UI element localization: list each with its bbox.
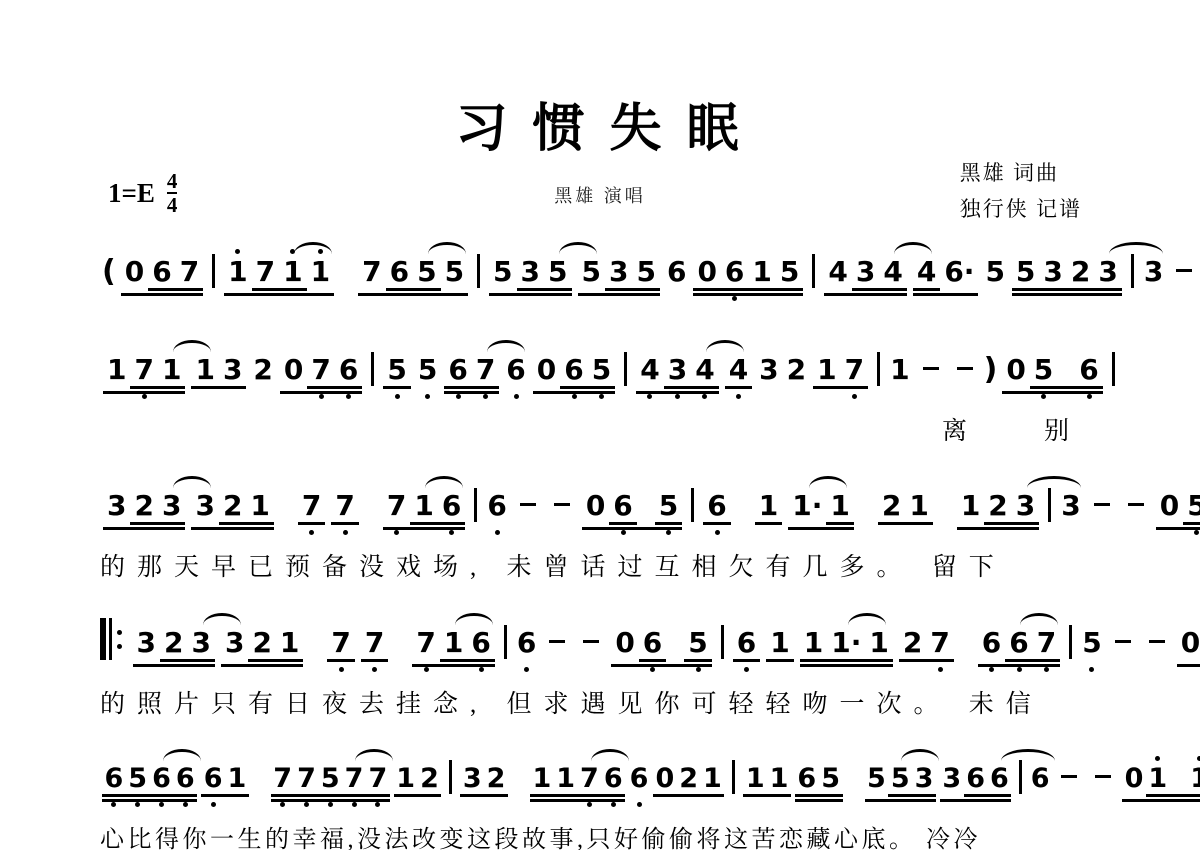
octave-dot-low (495, 530, 500, 535)
slur-arc (163, 749, 201, 761)
beam-group: 7 (327, 629, 354, 662)
note: 3 (158, 492, 185, 520)
beam-subgroup: 71 (252, 258, 307, 291)
note: 1 (755, 492, 782, 520)
beam-group: 17 (813, 356, 868, 389)
beam-subgroup: 76 (307, 356, 362, 389)
note: 6 (1005, 629, 1032, 657)
note: 5 (1183, 492, 1200, 520)
octave-dot-high (235, 249, 240, 254)
note: 6 (438, 492, 465, 520)
note: 4 (636, 356, 663, 384)
note: 6 (988, 765, 1012, 792)
beam-subgroup: 11·1 (800, 629, 893, 662)
slur-arc (487, 340, 525, 352)
octave-dot-low (989, 667, 994, 672)
dash-note (554, 503, 570, 507)
dash-note (1061, 775, 1077, 779)
beam-group: 4 (725, 356, 752, 389)
note: 1 (191, 356, 218, 384)
music-system: 17113207655676065434432171)056离 别 (100, 352, 1140, 447)
octave-dot-low (621, 530, 626, 535)
dash-note (1115, 640, 1131, 644)
beam-subgroup: 16 (410, 492, 465, 525)
note: 7 (472, 356, 499, 384)
slur-arc (173, 340, 211, 352)
note: 5 (413, 258, 440, 286)
beam-group: 434 (824, 258, 906, 296)
note: 1 (886, 356, 913, 384)
beam-subgroup: 5 (684, 629, 711, 662)
music-system: 323321777166065611·1211233056的那天早已预备没戏场,… (100, 488, 1140, 583)
parenthesis: ( (100, 254, 118, 289)
note: 2 (160, 629, 187, 657)
note: 6 (601, 765, 625, 792)
note: 2 (878, 492, 905, 520)
slur-arc (809, 476, 847, 488)
beam-group: 7655 (358, 258, 468, 296)
beam-subgroup: 53 (888, 765, 936, 797)
barline (877, 352, 880, 386)
beam-group: 5 (383, 356, 410, 389)
note: 1 (1146, 765, 1170, 792)
beam-subgroup: 23 (130, 492, 185, 525)
notes-line: 3233217771660656111·1276675035 (100, 618, 1140, 667)
octave-dot-low (1041, 394, 1046, 399)
octave-dot-low (425, 394, 430, 399)
music-system: (067171176555355356061543446·553233032 (100, 254, 1140, 296)
beam-subgroup: 35 (605, 258, 660, 291)
beam-subgroup: 71 (130, 356, 185, 389)
note: 1 (748, 258, 775, 286)
octave-dot-low (339, 667, 344, 672)
beam-group: 011 (1122, 765, 1200, 802)
barline (504, 625, 507, 659)
barline (691, 488, 694, 522)
beam-group: 7 (361, 629, 388, 662)
note: 1 (276, 629, 303, 657)
beam-subgroup: 65 (560, 356, 615, 389)
meter-numerator: 4 (167, 170, 178, 192)
note: 6 (609, 492, 636, 520)
slur-arc (901, 749, 939, 761)
barline (449, 760, 452, 794)
barline (474, 488, 477, 522)
slur-arc (173, 476, 211, 488)
song-title: 习 惯 失 眠 (0, 86, 1200, 161)
notes-line: (067171176555355356061543446·553233032 (100, 254, 1140, 296)
beam-group: 11·1 (800, 629, 893, 667)
octave-dot-low (456, 394, 461, 399)
barline (212, 254, 215, 288)
note: 7 (412, 629, 439, 657)
beam-group: 065 (533, 356, 615, 394)
note: 1 (554, 765, 578, 792)
beam-group: 1·1 (788, 492, 854, 530)
octave-dot-low (514, 394, 519, 399)
octave-dot-low (479, 667, 484, 672)
time-signature: 4 4 (167, 170, 178, 216)
octave-dot-low (309, 530, 314, 535)
octave-dot-low (343, 530, 348, 535)
octave-dot-low (1087, 394, 1092, 399)
beam-group: 12 (394, 765, 442, 797)
slur-arc (848, 613, 886, 625)
beam-subgroup: 56 (1183, 492, 1200, 525)
note: 2 (219, 492, 246, 520)
meter-denominator: 4 (167, 192, 178, 216)
music-system: 3233217771660656111·1276675035的照片只有日夜去挂念… (100, 618, 1140, 720)
note: 5 (865, 765, 889, 792)
note: 4 (913, 258, 940, 286)
octave-dot-low (611, 802, 616, 807)
note: 3 (1140, 258, 1167, 286)
slur-arc (294, 242, 332, 254)
note: 7 (307, 356, 334, 384)
barline (1131, 254, 1134, 288)
note: 3 (460, 765, 484, 792)
note: 2 (484, 765, 508, 792)
note: 7 (271, 765, 295, 792)
note: 2 (899, 629, 926, 657)
lyrics-line: 的照片只有日夜去挂念, 但求遇见你可轻轻吻一次。 未信 (100, 684, 1140, 720)
note: 7 (298, 492, 325, 520)
beam-subgroup: 77577 (271, 765, 390, 797)
octave-dot-low (319, 394, 324, 399)
beam-group: 6 (733, 629, 760, 662)
note: 5 (819, 765, 843, 792)
beam-group: 1 (766, 629, 793, 662)
beam-subgroup: 67 (1005, 629, 1060, 662)
beam-group: 535 (578, 258, 660, 296)
beam-group: 65 (795, 765, 843, 802)
octave-dot-low (395, 394, 400, 399)
note: 5 (655, 492, 682, 520)
beam-group: 6 (703, 492, 730, 525)
note: 3 (219, 356, 246, 384)
note: 2 (1067, 258, 1094, 286)
dash-note (583, 640, 599, 644)
beam-group: 21 (878, 492, 933, 525)
slur-arc (559, 242, 597, 254)
beam-group: 035 (1177, 629, 1200, 667)
note: 1 (410, 492, 437, 520)
note: 1 (865, 629, 892, 657)
note: 6 (560, 356, 587, 384)
note: 4 (725, 356, 752, 384)
note: 7 (366, 765, 390, 792)
note: 3 (133, 629, 160, 657)
note: 6 (335, 356, 362, 384)
beam-subgroup: 4 (913, 258, 940, 291)
barline (732, 760, 735, 794)
beam-group: 535 (489, 258, 571, 296)
octave-dot-low (183, 802, 188, 807)
beam-group: 434 (636, 356, 718, 394)
beam-group: 323 (103, 492, 185, 530)
note: 6 (639, 629, 666, 657)
note: 1 (246, 492, 273, 520)
note: 7 (252, 258, 279, 286)
note: 7 (578, 765, 602, 792)
beam-subgroup: 66 (964, 765, 1012, 797)
slur-arc (1109, 242, 1163, 254)
note: 6 (467, 629, 494, 657)
note: 3 (221, 629, 248, 657)
note: 0 (693, 258, 720, 286)
lyrics-line: 离 别 (100, 411, 1140, 447)
note: 3 (852, 258, 879, 286)
key-label: 1=E (108, 178, 155, 209)
dash-note (923, 367, 939, 371)
dash-note (1128, 503, 1144, 507)
note: 1 (743, 765, 767, 792)
note: 7 (130, 356, 157, 384)
note: 1 (766, 629, 793, 657)
note: 7 (176, 258, 203, 286)
octave-dot-low (666, 530, 671, 535)
octave-dot-low (352, 802, 357, 807)
note: 3 (605, 258, 632, 286)
beam-group: 123 (957, 492, 1039, 530)
beam-subgroup: 65 (795, 765, 843, 797)
barline (812, 254, 815, 288)
note: 1 (530, 765, 554, 792)
repeat-start-sign (100, 618, 122, 660)
octave-dot-low (328, 802, 333, 807)
note: 6 (513, 629, 540, 657)
note: 1 (1188, 765, 1200, 792)
note: 3 (912, 765, 936, 792)
note: 6 (703, 492, 730, 520)
note: 1 (440, 629, 467, 657)
notes-line: 6566617757712321176602111655533666011 (100, 760, 1140, 802)
beam-subgroup: 65 (386, 258, 441, 291)
note: 7 (1033, 629, 1060, 657)
octave-dot-high (318, 249, 323, 254)
parenthesis: ) (982, 352, 1000, 387)
note: 1 (307, 258, 334, 286)
note: 5 (981, 258, 1008, 286)
note: 6 (663, 258, 690, 286)
beam-group: 056 (1002, 356, 1102, 394)
octave-dot-low (696, 667, 701, 672)
octave-dot-low (346, 394, 351, 399)
note: 0 (582, 492, 609, 520)
beam-group: 61 (201, 765, 249, 797)
beam-subgroup: 11 (1146, 765, 1200, 797)
note: 0 (1002, 356, 1029, 384)
beam-group: 021 (653, 765, 724, 797)
notes-line: 17113207655676065434432171)056 (100, 352, 1140, 394)
note: 6 (1075, 356, 1102, 384)
note: 3 (940, 765, 964, 792)
octave-dot-low (732, 296, 737, 301)
beam-subgroup: 6 (609, 492, 636, 525)
note: 3 (755, 356, 782, 384)
slur-arc (1027, 476, 1081, 488)
beam-subgroup: 34 (852, 258, 907, 291)
octave-dot-low (637, 802, 642, 807)
octave-dot-low (736, 394, 741, 399)
beam-group: 065 (611, 629, 711, 667)
octave-dot-low (744, 667, 749, 672)
octave-dot-low (135, 802, 140, 807)
octave-dot-high (1155, 756, 1160, 761)
slur-arc (203, 613, 241, 625)
barline (477, 254, 480, 288)
beam-subgroup: 67 (444, 356, 499, 389)
note: 7 (926, 629, 953, 657)
dash-note (957, 367, 973, 371)
beam-group: 0615 (693, 258, 803, 296)
octave-dot-low (938, 667, 943, 672)
octave-dot-low (142, 394, 147, 399)
note: 6 (733, 629, 760, 657)
barline (371, 352, 374, 386)
octave-dot-low (572, 394, 577, 399)
octave-dot-low (650, 667, 655, 672)
note: 1 (767, 765, 791, 792)
note: 7 (383, 492, 410, 520)
beam-subgroup: 67 (148, 258, 203, 291)
octave-dot-low (424, 667, 429, 672)
beam-group: 1 (755, 492, 782, 525)
note: 6 (1028, 765, 1052, 792)
octave-dot-low (394, 530, 399, 535)
beam-group: 716 (412, 629, 494, 667)
octave-dot-low (1194, 530, 1199, 535)
note: 4 (691, 356, 718, 384)
beam-subgroup: 23 (160, 629, 215, 662)
barline (1069, 625, 1072, 659)
note: 1 (813, 356, 840, 384)
note: 5 (383, 356, 410, 384)
note: 3 (187, 629, 214, 657)
note: 4 (824, 258, 851, 286)
note: 6 (721, 258, 748, 286)
note: 6 (444, 356, 471, 384)
note: 3 (1012, 492, 1039, 520)
note: 2 (248, 629, 275, 657)
beam-group: 667 (978, 629, 1060, 667)
octave-dot-low (111, 802, 116, 807)
slur-arc (425, 476, 463, 488)
beam-group: 553 (865, 765, 936, 802)
note: 5 (126, 765, 150, 792)
note: 5 (588, 356, 615, 384)
note: 3 (103, 492, 130, 520)
note: 7 (361, 629, 388, 657)
note: 3 (191, 492, 218, 520)
beam-group: 323 (133, 629, 215, 667)
note: 0 (653, 765, 677, 792)
slur-arc (894, 242, 932, 254)
beam-group: 056 (1156, 492, 1200, 530)
octave-dot-low (587, 802, 592, 807)
note: 2 (418, 765, 442, 792)
note: 5 (632, 258, 659, 286)
beam-group: 321 (191, 492, 273, 530)
note: 2 (984, 492, 1011, 520)
credit-composer: 黑雄 词曲 (960, 156, 1082, 192)
note: 3 (1057, 492, 1084, 520)
beam-subgroup: 21 (248, 629, 303, 662)
note: 5 (489, 258, 516, 286)
beam-group: 366 (940, 765, 1011, 802)
note: 1 (957, 492, 984, 520)
beam-group: 67 (444, 356, 499, 394)
note: 6 (386, 258, 413, 286)
note: 1 (905, 492, 932, 520)
repeat-thick-bar (100, 618, 106, 660)
octave-dot-low (715, 530, 720, 535)
note: 6 (148, 258, 175, 286)
beam-group: 77577 (271, 765, 390, 802)
note: 6 (150, 765, 174, 792)
octave-dot-low (159, 802, 164, 807)
repeat-dots (117, 630, 122, 649)
lyrics-line: 心比得你一生的幸福,没法改变这段故事,只好偷偷将这苦恋藏心底。 冷冷 (100, 819, 1140, 850)
note: 5 (1078, 629, 1105, 657)
beam-subgroup: 16 (440, 629, 495, 662)
note: 6 (627, 765, 651, 792)
note: 0 (121, 258, 148, 286)
note: 3 (664, 356, 691, 384)
note: 6 (173, 765, 197, 792)
note: 6 (502, 356, 529, 384)
slur-arc (455, 613, 493, 625)
beam-group: 076 (280, 356, 362, 394)
octave-dot-low (449, 530, 454, 535)
dash-note (1095, 775, 1111, 779)
dash-note (1149, 640, 1165, 644)
barline (1112, 352, 1115, 386)
note: 5 (318, 765, 342, 792)
note: 2 (249, 356, 276, 384)
octave-dot-low (1017, 667, 1022, 672)
octave-dot-low (304, 802, 309, 807)
beam-group: 1711 (224, 258, 334, 296)
octave-dot-low (211, 802, 216, 807)
beam-subgroup: 23 (984, 492, 1039, 525)
note: 7 (358, 258, 385, 286)
octave-dot-low (1089, 667, 1094, 672)
beam-group: 46· (913, 258, 979, 296)
note: 1 (103, 356, 130, 384)
note: 1· (827, 629, 865, 657)
beam-subgroup: 56 (1030, 356, 1103, 389)
barline (1048, 488, 1051, 522)
sheet-music-page: 习 惯 失 眠 黑雄 演唱 1=E 4 4 黑雄 词曲 独行侠 记谱 (0671… (0, 0, 1200, 850)
octave-dot-low (647, 394, 652, 399)
barline (721, 625, 724, 659)
note: 3 (517, 258, 544, 286)
note: 1 (225, 765, 249, 792)
note: 5 (578, 258, 605, 286)
beam-group: 32 (460, 765, 508, 797)
note: 0 (280, 356, 307, 384)
beam-group: 321 (221, 629, 303, 667)
note: 5 (544, 258, 571, 286)
beam-group: 067 (121, 258, 203, 296)
beam-group: 7 (331, 492, 358, 525)
note: 1 (279, 258, 306, 286)
note: 1 (826, 492, 853, 520)
beam-subgroup: 1 (826, 492, 853, 525)
beam-group: 27 (899, 629, 954, 662)
beam-subgroup: 34 (664, 356, 719, 389)
